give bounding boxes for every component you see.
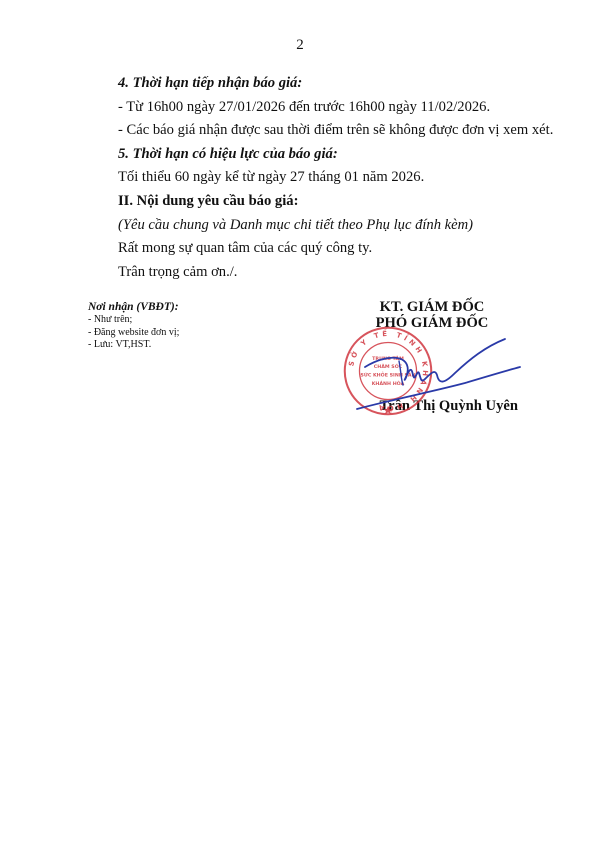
section-4-line: - Các báo giá nhận được sau thời điểm tr… [118, 119, 558, 143]
document-body: 4. Thời hạn tiếp nhận báo giá: - Từ 16h0… [118, 72, 558, 284]
recipient-item: - Đăng website đơn vị; [88, 327, 308, 340]
section-5-heading: 5. Thời hạn có hiệu lực của báo giá: [118, 143, 558, 167]
section-5-line: Tối thiểu 60 ngày kể từ ngày 27 tháng 01… [118, 166, 558, 190]
section-ii-heading: II. Nội dung yêu cầu báo giá: [118, 190, 558, 214]
recipients-block: Nơi nhận (VBĐT): - Như trên; - Đăng webs… [88, 300, 308, 352]
closing-line: Rất mong sự quan tâm của các quý công ty… [118, 237, 558, 261]
handwritten-signature-icon [355, 325, 525, 410]
recipient-item: - Lưu: VT,HST. [88, 339, 308, 352]
recipient-item: - Như trên; [88, 314, 308, 327]
signature-block: KT. GIÁM ĐỐC PHÓ GIÁM ĐỐC SỞ Y TẾ TỈNH K… [330, 297, 530, 422]
recipients-title: Nơi nhận (VBĐT): [88, 300, 308, 314]
section-ii-note: (Yêu cầu chung và Danh mục chi tiết theo… [118, 214, 558, 238]
signer-title-line1: KT. GIÁM ĐỐC [332, 299, 532, 316]
closing-line: Trân trọng cảm ơn./. [118, 261, 558, 285]
page-number: 2 [0, 37, 600, 54]
section-4-heading: 4. Thời hạn tiếp nhận báo giá: [118, 72, 558, 96]
section-4-line: - Từ 16h00 ngày 27/01/2026 đến trước 16h… [118, 96, 558, 120]
